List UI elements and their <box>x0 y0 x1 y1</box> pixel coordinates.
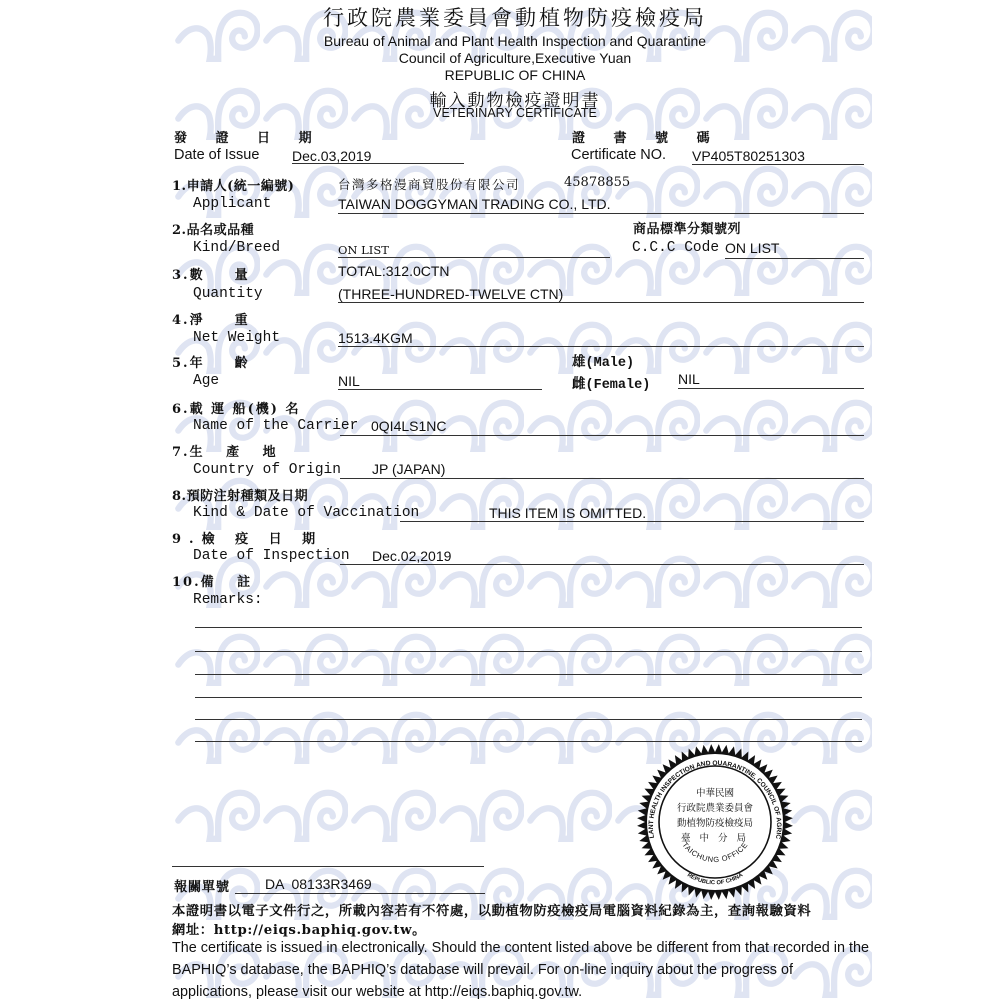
certificate-no-label-zh: 證 書 號 碼 <box>572 127 722 146</box>
origin-rule <box>340 478 864 479</box>
remarks-label: Remarks: <box>193 592 263 608</box>
remarks-line <box>195 651 862 652</box>
net-weight-label-zh: 4.淨 重 <box>172 309 250 328</box>
quantity-value-line1: TOTAL:312.0CTN <box>338 263 450 279</box>
declaration-no-rule <box>235 893 485 894</box>
ccc-code-value: ON LIST <box>725 240 779 256</box>
inspection-label-zh: 9.檢 疫 日 期 <box>172 528 323 547</box>
remarks-line <box>195 697 862 698</box>
inspection-label: Date of Inspection <box>193 548 350 564</box>
carrier-label-zh: 6.載 運 船(機) 名 <box>172 398 300 417</box>
age-label: Age <box>193 373 219 389</box>
age-value: NIL <box>338 373 360 389</box>
kind-breed-rule <box>338 257 610 258</box>
svg-text:中華民國: 中華民國 <box>696 787 734 799</box>
origin-label: Country of Origin <box>193 462 341 478</box>
svg-text:臺 中 分 局: 臺 中 分 局 <box>681 832 749 844</box>
remarks-line <box>195 674 862 675</box>
notice-zh-line1: 本證明書以電子文件行之，所載內容若有不符處，以動植物防疫檢疫局電腦資料紀錄為主，… <box>172 900 811 919</box>
official-seal: BUREAU OF ANIMAL AND PLANT HEALTH INSPEC… <box>620 742 810 902</box>
date-of-issue-value: Dec.03,2019 <box>292 148 371 164</box>
declaration-no-value: DA 08133R3469 <box>265 876 372 892</box>
date-of-issue-rule <box>292 163 464 164</box>
net-weight-rule <box>338 346 864 347</box>
applicant-tax-id: 45878855 <box>564 175 630 190</box>
certificate-no-rule <box>692 164 864 165</box>
applicant-label-zh: 1.申請人(統一編號) <box>172 175 294 194</box>
male-label: 雄(Male) <box>572 350 634 371</box>
country-name-en: REPUBLIC OF CHINA <box>0 67 1000 83</box>
certificate-no-value: VP405T80251303 <box>692 148 805 164</box>
declaration-no-label: 報關單號 <box>174 876 230 895</box>
applicant-label: Applicant <box>193 196 271 212</box>
age-label-zh: 5.年 齡 <box>172 352 250 371</box>
ccc-code-rule <box>725 258 864 259</box>
kind-breed-label: Kind/Breed <box>193 240 280 256</box>
quantity-value-line2: (THREE-HUNDRED-TWELVE CTN) <box>338 286 563 302</box>
vaccination-label-zh: 8.預防注射種類及日期 <box>172 485 308 504</box>
vaccination-value: THIS ITEM IS OMITTED. <box>489 505 646 521</box>
origin-value: JP (JAPAN) <box>372 461 445 477</box>
sex-value: NIL <box>678 371 700 387</box>
quantity-label: Quantity <box>193 286 263 302</box>
kind-breed-value: ON LIST <box>338 243 389 257</box>
notice-en: The certificate is issued in electronica… <box>172 937 872 1000</box>
vaccination-rule <box>400 521 864 522</box>
remarks-line <box>195 627 862 628</box>
ccc-code-label: C.C.C Code <box>632 240 719 256</box>
inspection-value: Dec.02,2019 <box>372 548 451 564</box>
applicant-rule <box>338 213 864 214</box>
vaccination-label: Kind & Date of Vaccination <box>193 505 419 521</box>
council-name-en: Council of Agriculture,Executive Yuan <box>0 50 1000 66</box>
applicant-name-zh: 台灣多格漫商貿股份有限公司 <box>338 175 520 193</box>
document-title-en: VETERINARY CERTIFICATE <box>0 106 1000 120</box>
net-weight-label: Net Weight <box>193 330 280 346</box>
remarks-line <box>195 719 862 720</box>
net-weight-value: 1513.4KGM <box>338 330 413 346</box>
ccc-code-label-zh: 商品標準分類號列 <box>633 218 741 237</box>
declaration-top-rule <box>172 866 484 867</box>
quantity-label-zh: 3.數 量 <box>172 264 250 283</box>
sex-rule <box>678 388 864 389</box>
date-of-issue-label: Date of Issue <box>174 147 259 163</box>
female-label: 雌(Female) <box>572 372 650 393</box>
certificate-no-label: Certificate NO. <box>571 147 666 163</box>
svg-text:行政院農業委員會: 行政院農業委員會 <box>677 802 754 814</box>
carrier-rule <box>340 435 864 436</box>
applicant-name-en: TAIWAN DOGGYMAN TRADING CO., LTD. <box>338 196 611 212</box>
date-of-issue-label-zh: 發 證 日 期 <box>174 127 324 146</box>
svg-text:動植物防疫檢疫局: 動植物防疫檢疫局 <box>677 817 753 829</box>
agency-name-zh: 行政院農業委員會動植物防疫檢疫局 <box>0 2 1000 32</box>
quantity-rule <box>338 302 864 303</box>
notice-zh-line2: 網址：http://eiqs.baphiq.gov.tw。 <box>172 919 426 938</box>
remarks-label-zh: 10.備 註 <box>172 571 252 590</box>
inspection-rule <box>340 564 864 565</box>
kind-breed-label-zh: 2.品名或品種 <box>172 219 254 238</box>
origin-label-zh: 7.生 產 地 <box>172 441 278 460</box>
agency-name-en: Bureau of Animal and Plant Health Inspec… <box>0 33 1000 49</box>
carrier-value: 0QI4LS1NC <box>371 418 446 434</box>
age-rule <box>338 389 542 390</box>
carrier-label: Name of the Carrier <box>193 418 358 434</box>
